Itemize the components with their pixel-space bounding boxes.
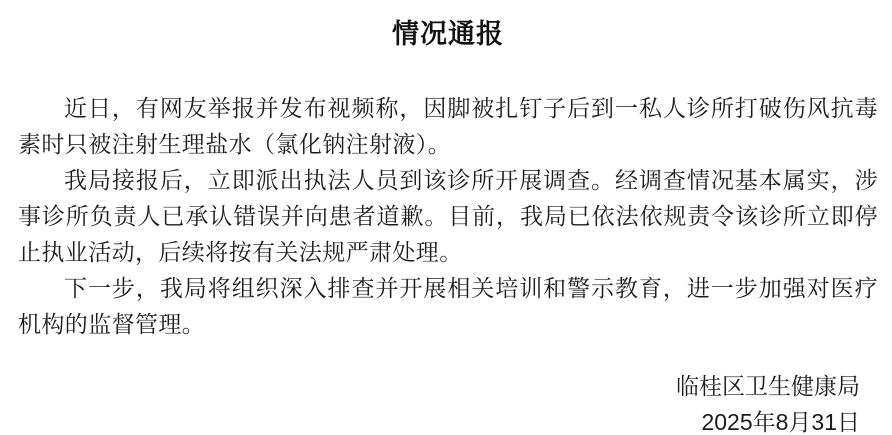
issuing-authority: 临桂区卫生健康局 — [18, 368, 860, 404]
notice-document: 情况通报 近日，有网友举报并发布视频称，因脚被扎钉子后到一私人诊所打破伤风抗毒素… — [0, 0, 892, 435]
notice-title: 情况通报 — [18, 16, 878, 52]
notice-paragraph-1: 近日，有网友举报并发布视频称，因脚被扎钉子后到一私人诊所打破伤风抗毒素时只被注射… — [18, 90, 878, 162]
notice-body: 近日，有网友举报并发布视频称，因脚被扎钉子后到一私人诊所打破伤风抗毒素时只被注射… — [18, 90, 878, 342]
signature-block: 临桂区卫生健康局 2025年8月31日 — [18, 368, 878, 435]
notice-paragraph-3: 下一步，我局将组织深入排查并开展相关培训和警示教育，进一步加强对医疗机构的监督管… — [18, 270, 878, 342]
issue-date: 2025年8月31日 — [18, 404, 860, 435]
notice-paragraph-2: 我局接报后，立即派出执法人员到该诊所开展调查。经调查情况基本属实，涉事诊所负责人… — [18, 162, 878, 270]
